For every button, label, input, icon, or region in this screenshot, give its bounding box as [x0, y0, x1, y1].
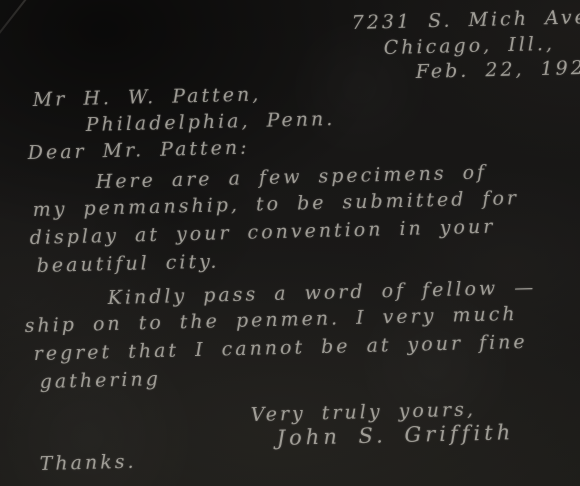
body-paragraph1-line4: beautiful city.	[36, 251, 219, 277]
postscript: Thanks.	[39, 451, 136, 475]
letter-photo: 7231 S. Mich Ave., Chicago, Ill., Feb. 2…	[0, 0, 580, 486]
body-paragraph2-line4: gathering	[39, 368, 161, 393]
address-line-2: Chicago, Ill.,	[383, 33, 555, 59]
date-line: Feb. 22, 1929.	[415, 56, 580, 83]
